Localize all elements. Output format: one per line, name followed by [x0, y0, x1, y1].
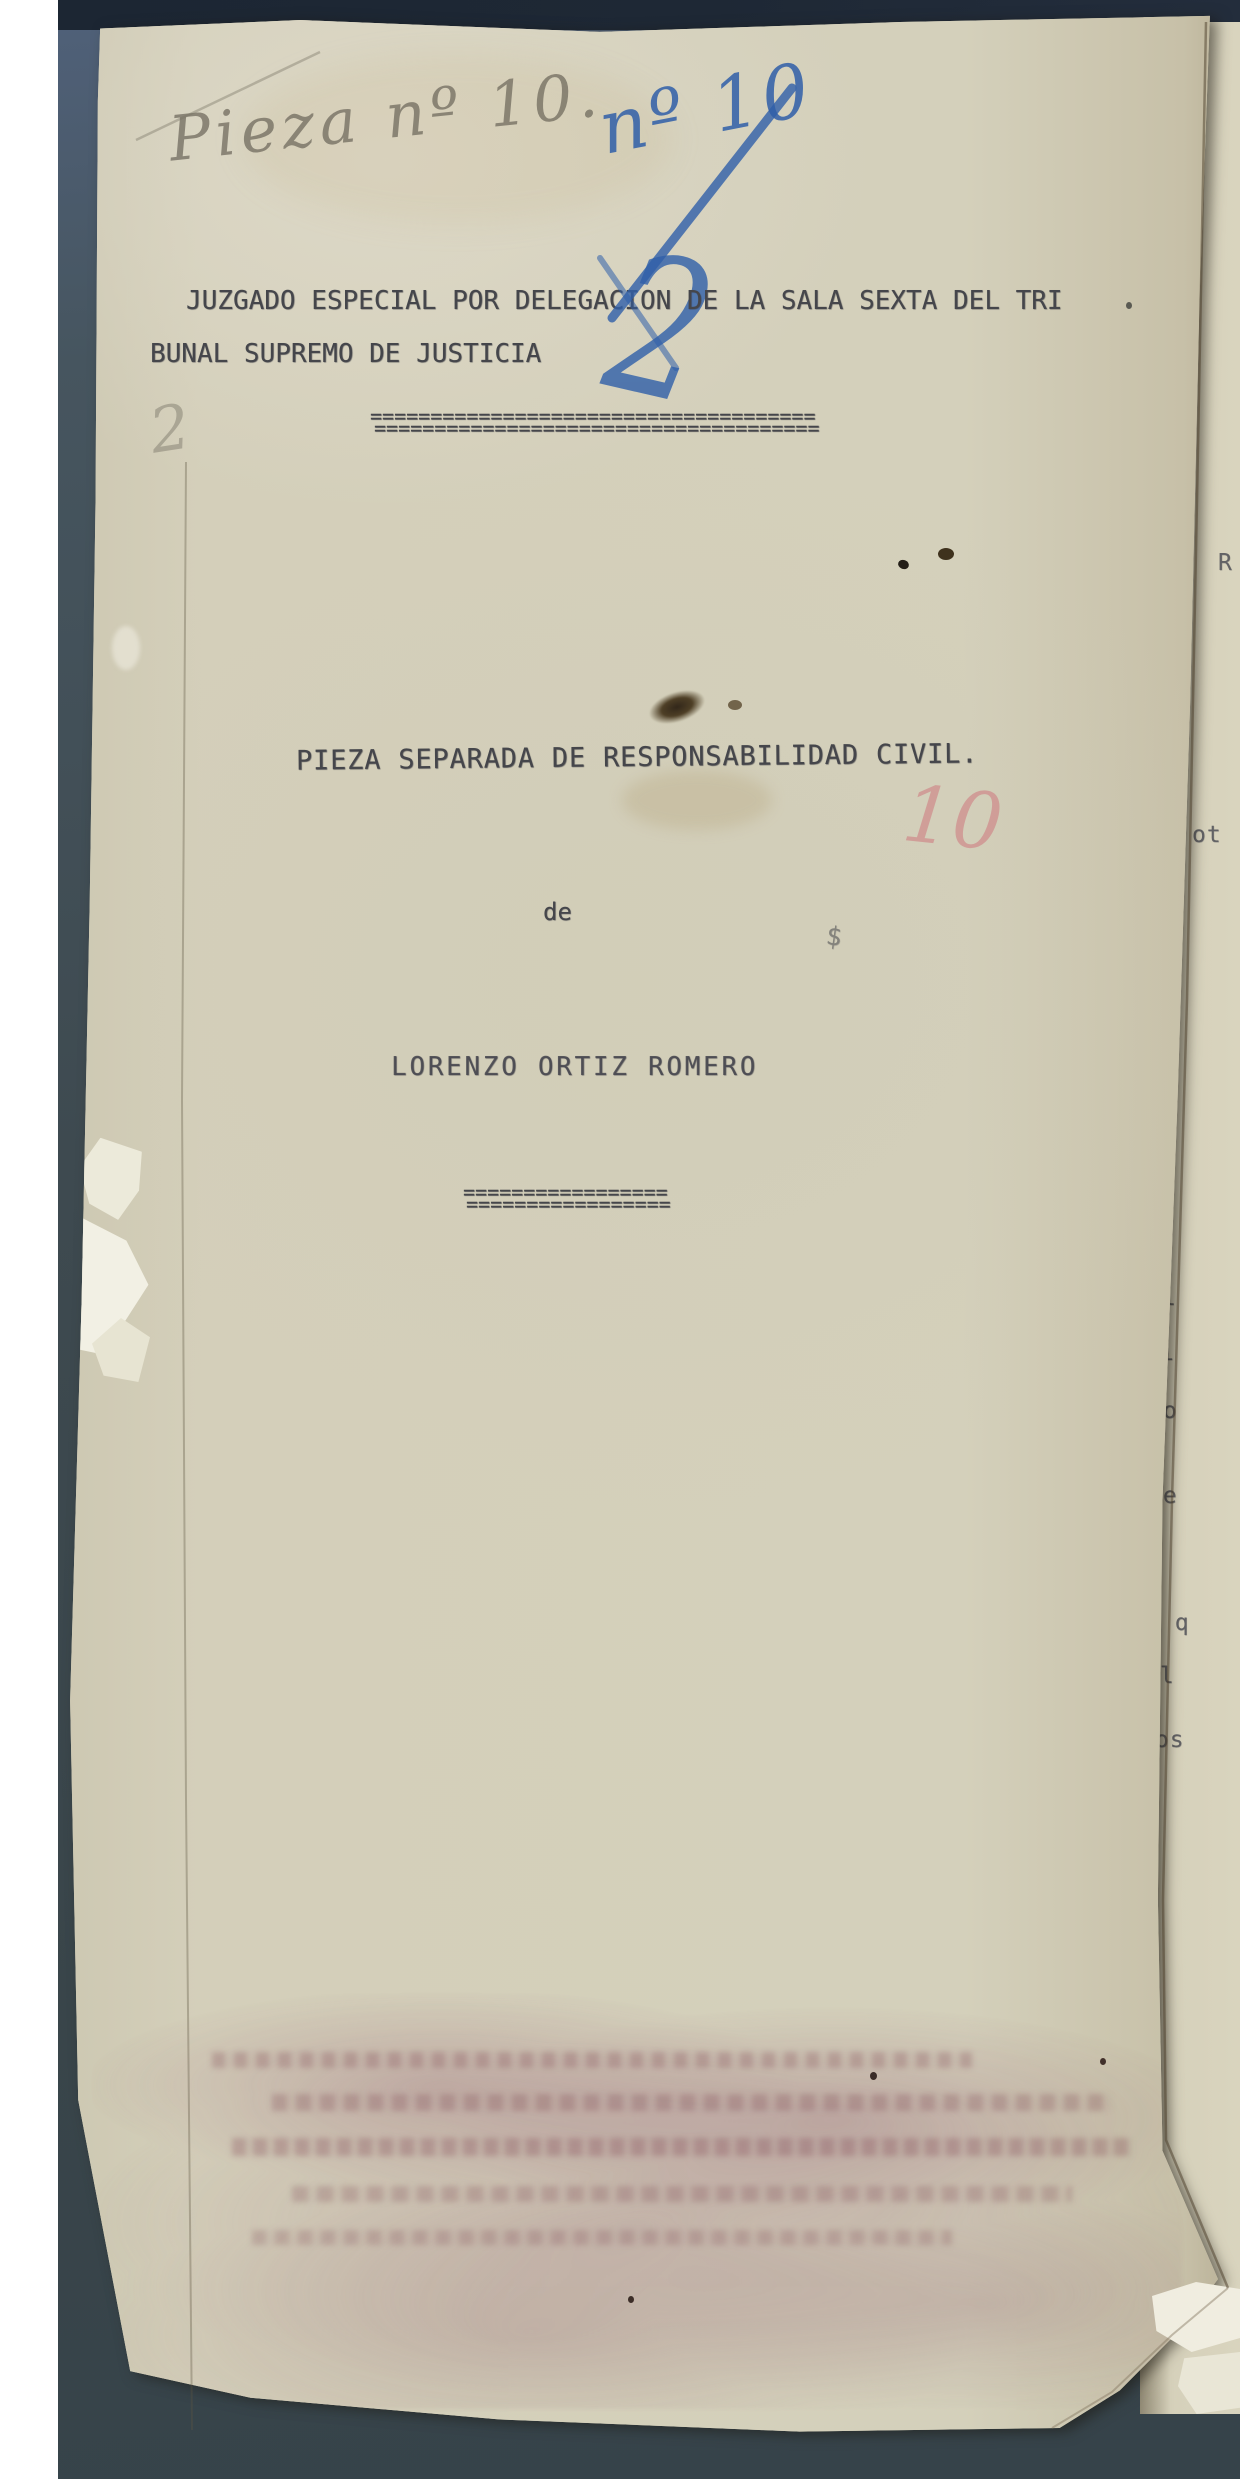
- stray-typed-mark: $: [824, 921, 844, 953]
- paper-abrasion: [112, 626, 140, 670]
- connector-de: de: [543, 898, 572, 926]
- age-stain: [622, 770, 772, 830]
- red-folio-number: 10: [899, 769, 1007, 869]
- ink-speck: [1126, 302, 1132, 309]
- typed-separator-bottom-row2: =================: [463, 1198, 671, 1210]
- scanner-margin-strip: [0, 0, 58, 2479]
- subject-name: LORENZO ORTIZ ROMERO: [391, 1052, 758, 1082]
- ink-blot: [938, 548, 954, 560]
- paper-tear: [75, 1131, 153, 1225]
- margin-pencil-mark: 2: [145, 389, 195, 467]
- ghost-text-smudge: [212, 2052, 972, 2068]
- dirt-speck: [628, 2296, 634, 2303]
- typed-separator-top-row2: =====================================: [370, 422, 820, 434]
- ghost-text-smudge: [232, 2138, 1132, 2156]
- scanned-document-photo: R ot e tr as hi ho l ci fo he a q el tos…: [0, 0, 1240, 2479]
- document-title: PIEZA SEPARADA DE RESPONSABILIDAD CIVIL.: [296, 738, 979, 776]
- cover-page-wrap: Pieza nº 10. nº 10 2 JUZGADO ESPECIAL PO…: [0, 0, 1240, 2479]
- ink-blot: [645, 684, 709, 730]
- typed-header-line1: JUZGADO ESPECIAL POR DELEGACION DE LA SA…: [186, 286, 1063, 316]
- ghost-text-smudge: [292, 2186, 1072, 2202]
- typed-header-line2: BUNAL SUPREMO DE JUSTICIA: [150, 339, 541, 369]
- dirt-speck: [1100, 2058, 1106, 2065]
- cover-page: Pieza nº 10. nº 10 2 JUZGADO ESPECIAL PO…: [62, 14, 1218, 2434]
- handwritten-ink-number: nº 10: [592, 46, 820, 171]
- ink-blot: [897, 558, 910, 570]
- ghost-text-smudge: [252, 2230, 952, 2245]
- ghost-text-smudge: [272, 2094, 1112, 2111]
- dirt-speck: [870, 2072, 877, 2080]
- ink-blot: [728, 700, 742, 710]
